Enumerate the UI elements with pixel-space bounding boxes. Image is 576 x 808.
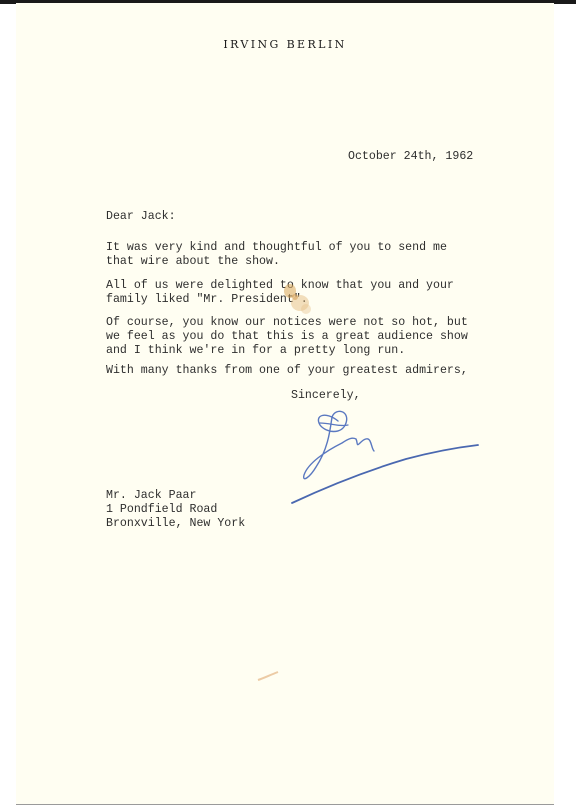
scanned-letter: IRVING BERLIN October 24th, 1962 Dear Ja… <box>0 0 576 808</box>
paragraph-1: It was very kind and thoughtful of you t… <box>106 241 447 269</box>
recipient-city: Bronxville, New York <box>106 517 245 530</box>
paragraph-line: With many thanks from one of your greate… <box>106 364 468 377</box>
paragraph-line: Of course, you know our notices were not… <box>106 316 468 329</box>
recipient-address: Mr. Jack Paar 1 Pondfield Road Bronxvill… <box>106 489 245 531</box>
letter-paper: IRVING BERLIN October 24th, 1962 Dear Ja… <box>16 3 554 804</box>
letterhead: IRVING BERLIN <box>16 38 554 51</box>
recipient-name: Mr. Jack Paar <box>106 489 196 502</box>
paragraph-line: It was very kind and thoughtful of you t… <box>106 241 447 254</box>
paragraph-3: Of course, you know our notices were not… <box>106 316 468 358</box>
letter-date: October 24th, 1962 <box>348 150 473 164</box>
stain-mark <box>256 670 280 682</box>
paragraph-4: With many thanks from one of your greate… <box>106 364 468 378</box>
paragraph-line: and I think we're in for a pretty long r… <box>106 344 405 357</box>
paragraph-line: that wire about the show. <box>106 255 280 268</box>
paragraph-line: we feel as you do that this is a great a… <box>106 330 468 343</box>
stain-mark <box>278 281 318 317</box>
signature-icon <box>286 401 486 511</box>
recipient-street: 1 Pondfield Road <box>106 503 217 516</box>
salutation: Dear Jack: <box>106 210 176 224</box>
